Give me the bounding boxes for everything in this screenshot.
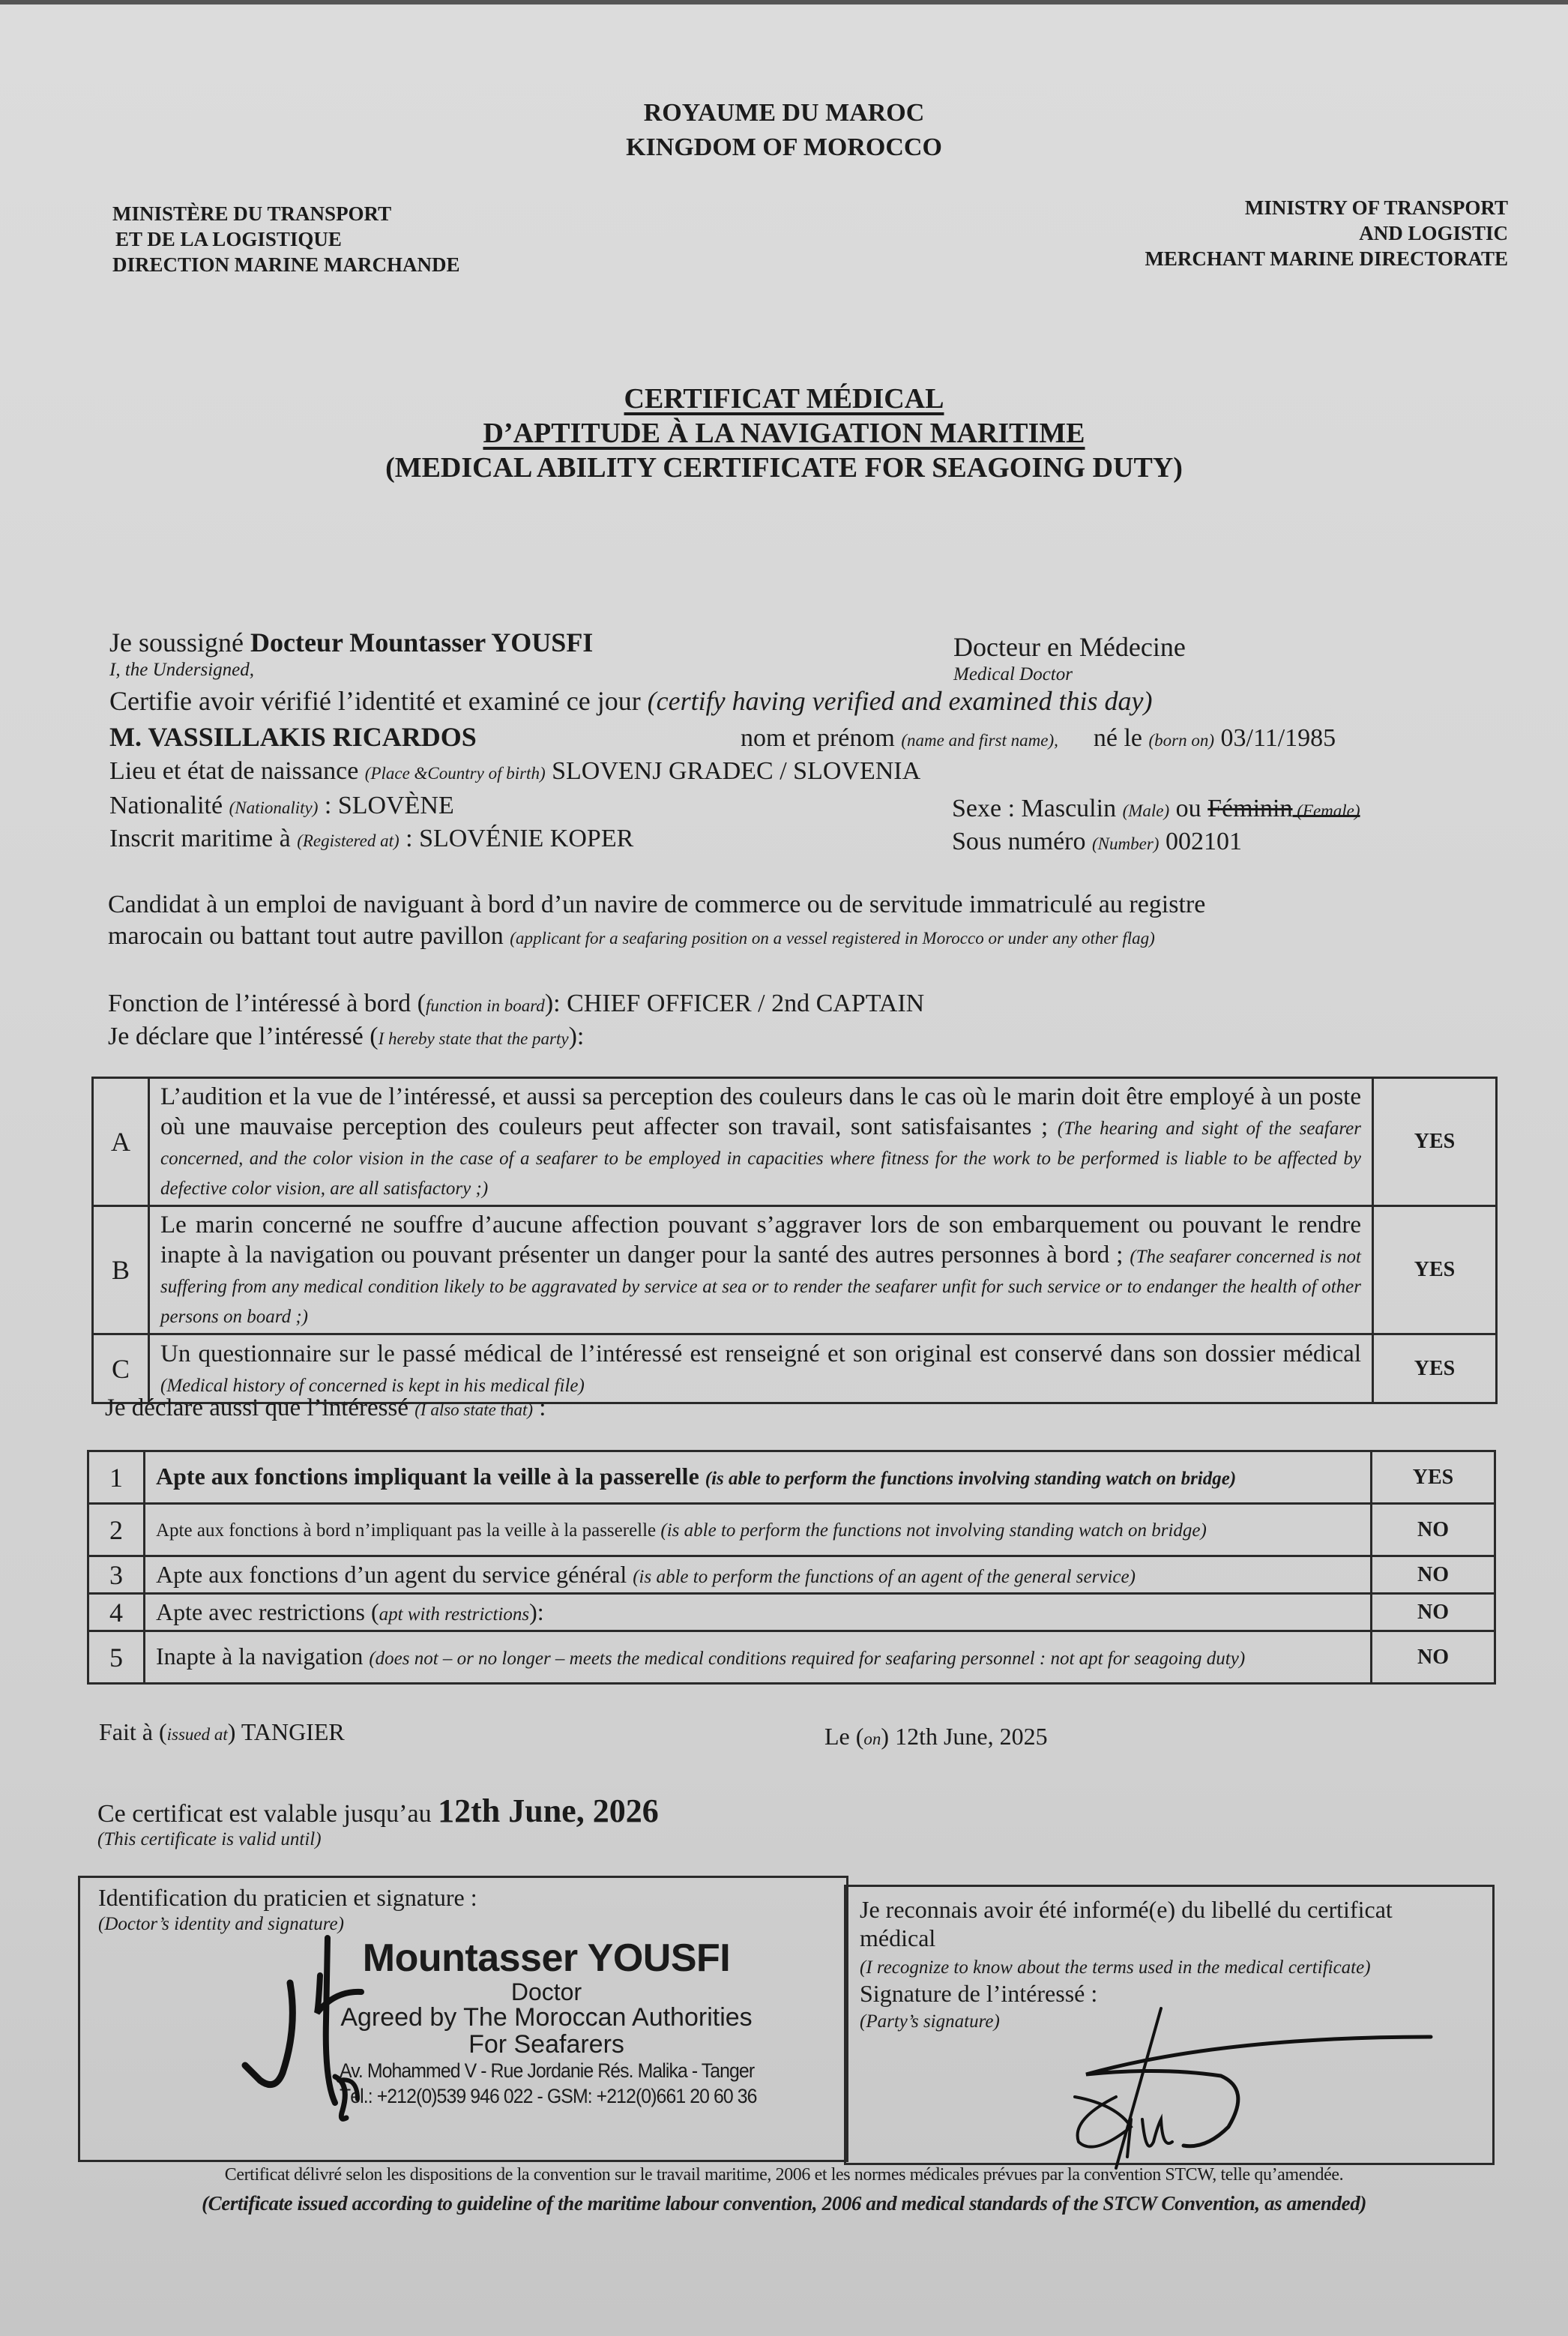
candidate-line2: marocain ou battant tout autre pavillon … — [108, 922, 1155, 951]
row-key: 3 — [88, 1556, 145, 1594]
doctor-stamp: Mountasser YOUSFI Doctor Agreed by The M… — [322, 1936, 771, 2109]
row-key: C — [93, 1334, 149, 1403]
row-answer: NO — [1372, 1631, 1495, 1684]
row-text: Apte avec restrictions (apt with restric… — [145, 1594, 1372, 1631]
declare-line: Je déclare que l’intéressé (I hereby sta… — [108, 1023, 584, 1051]
sex-female-struck: Féminin (Female) — [1207, 795, 1360, 822]
row-text: Le marin concerné ne souffre d’aucune af… — [149, 1206, 1373, 1334]
title-line1: CERTIFICAT MÉDICAL — [0, 381, 1568, 417]
country-en: KINGDOM OF MOROCCO — [0, 130, 1568, 165]
row-text: Inapte à la navigation (does not – or no… — [145, 1631, 1372, 1684]
doctor-name: Docteur Mountasser YOUSFI — [250, 627, 593, 657]
row-text: Apte aux fonctions d’un agent du service… — [145, 1556, 1372, 1594]
patient-name: M. VASSILLAKIS RICARDOS — [109, 721, 477, 753]
title-line3: (MEDICAL ABILITY CERTIFICATE FOR SEAGOIN… — [0, 450, 1568, 486]
ministry-en: MINISTRY OF TRANSPORT AND LOGISTIC MERCH… — [1145, 195, 1508, 271]
row-text: Un questionnaire sur le passé médical de… — [149, 1334, 1373, 1403]
sex-line: Sexe : Masculin (Male) ou Féminin (Femal… — [952, 795, 1360, 823]
table-row: C Un questionnaire sur le passé médical … — [93, 1334, 1497, 1403]
function-value: CHIEF OFFICER / 2nd CAPTAIN — [567, 990, 924, 1017]
footer-en: (Certificate issued according to guideli… — [0, 2192, 1568, 2215]
number-line: Sous numéro (Number) 002101 — [952, 828, 1242, 856]
row-answer: NO — [1372, 1594, 1495, 1631]
table-row: 3 Apte aux fonctions d’un agent du servi… — [88, 1556, 1495, 1594]
undersigned-line: Je soussigné Docteur Mountasser YOUSFI — [109, 627, 593, 658]
title-line2: D’APTITUDE À LA NAVIGATION MARITIME — [0, 415, 1568, 451]
validity-date: 12th June, 2026 — [438, 1792, 659, 1829]
registered-at: : SLOVÉNIE KOPER — [399, 825, 634, 852]
declare-also-line: Je déclare aussi que l’intéressé (I also… — [105, 1394, 546, 1422]
doctor-signature-box: Identification du praticien et signature… — [78, 1876, 848, 2162]
row-key: 5 — [88, 1631, 145, 1684]
validity-line: Ce certificat est valable jusqu’au 12th … — [97, 1792, 659, 1830]
table-row: 5 Inapte à la navigation (does not – or … — [88, 1631, 1495, 1684]
certify-line: Certifie avoir vérifié l’identité et exa… — [109, 685, 1152, 717]
party-signature-box: Je reconnais avoir été informé(e) du lib… — [844, 1885, 1495, 2165]
ministry-fr: MINISTÈRE DU TRANSPORT ET DE LA LOGISTIQ… — [112, 201, 460, 277]
row-text: Apte aux fonctions à bord n’impliquant p… — [145, 1504, 1372, 1556]
birthplace-line: Lieu et état de naissance (Place &Countr… — [109, 757, 920, 786]
certificate-page: ROYAUME DU MAROC KINGDOM OF MOROCCO MINI… — [0, 4, 1568, 2336]
row-answer: YES — [1373, 1206, 1497, 1334]
row-answer: YES — [1373, 1078, 1497, 1206]
birthplace: SLOVENJ GRADEC / SLOVENIA — [546, 757, 921, 785]
nationality: : SLOVÈNE — [318, 792, 453, 819]
table-row: 2 Apte aux fonctions à bord n’impliquant… — [88, 1504, 1495, 1556]
row-answer: YES — [1373, 1334, 1497, 1403]
undersigned-en: I, the Undersigned, — [109, 660, 254, 681]
row-text: Apte aux fonctions impliquant la veille … — [145, 1451, 1372, 1504]
row-text: L’audition et la vue de l’intéressé, et … — [149, 1078, 1373, 1206]
function-line: Fonction de l’intéressé à bord (function… — [108, 990, 924, 1018]
name-born-line: nom et prénom (name and first name), né … — [741, 724, 1336, 753]
row-answer: NO — [1372, 1504, 1495, 1556]
row-answer: NO — [1372, 1556, 1495, 1594]
candidate-line1: Candidat à un emploi de naviguant à bord… — [108, 891, 1205, 919]
footer-fr: Certificat délivré selon les disposition… — [0, 2165, 1568, 2185]
doctor-signature-icon — [230, 1930, 380, 2125]
row-key: 2 — [88, 1504, 145, 1556]
fitness-table: 1 Apte aux fonctions impliquant la veill… — [87, 1450, 1496, 1685]
registered-line: Inscrit maritime à (Registered at) : SLO… — [109, 825, 633, 853]
issue-place: TANGIER — [241, 1718, 345, 1745]
declarations-table: A L’audition et la vue de l’intéressé, e… — [91, 1077, 1498, 1404]
row-key: A — [93, 1078, 149, 1206]
birth-date: 03/11/1985 — [1214, 724, 1336, 752]
registration-number: 002101 — [1159, 828, 1242, 855]
table-row: 4 Apte avec restrictions (apt with restr… — [88, 1594, 1495, 1631]
issue-date: 12th June, 2025 — [895, 1723, 1048, 1750]
validity-label-en: (This certificate is valid until) — [97, 1829, 322, 1850]
party-signature-icon — [1071, 2007, 1446, 2172]
row-answer: YES — [1372, 1451, 1495, 1504]
table-row: A L’audition et la vue de l’intéressé, e… — [93, 1078, 1497, 1206]
issued-on-line: Le (on) 12th June, 2025 — [824, 1723, 1048, 1751]
row-key: 1 — [88, 1451, 145, 1504]
doctor-title-en: Medical Doctor — [953, 664, 1073, 685]
table-row: 1 Apte aux fonctions impliquant la veill… — [88, 1451, 1495, 1504]
row-key: B — [93, 1206, 149, 1334]
issued-at-line: Fait à (issued at) TANGIER — [99, 1718, 345, 1746]
nationality-line: Nationalité (Nationality) : SLOVÈNE — [109, 792, 454, 820]
doctor-title: Docteur en Médecine — [953, 631, 1186, 663]
table-row: B Le marin concerné ne souffre d’aucune … — [93, 1206, 1497, 1334]
country-fr: ROYAUME DU MAROC — [0, 96, 1568, 130]
row-key: 4 — [88, 1594, 145, 1631]
